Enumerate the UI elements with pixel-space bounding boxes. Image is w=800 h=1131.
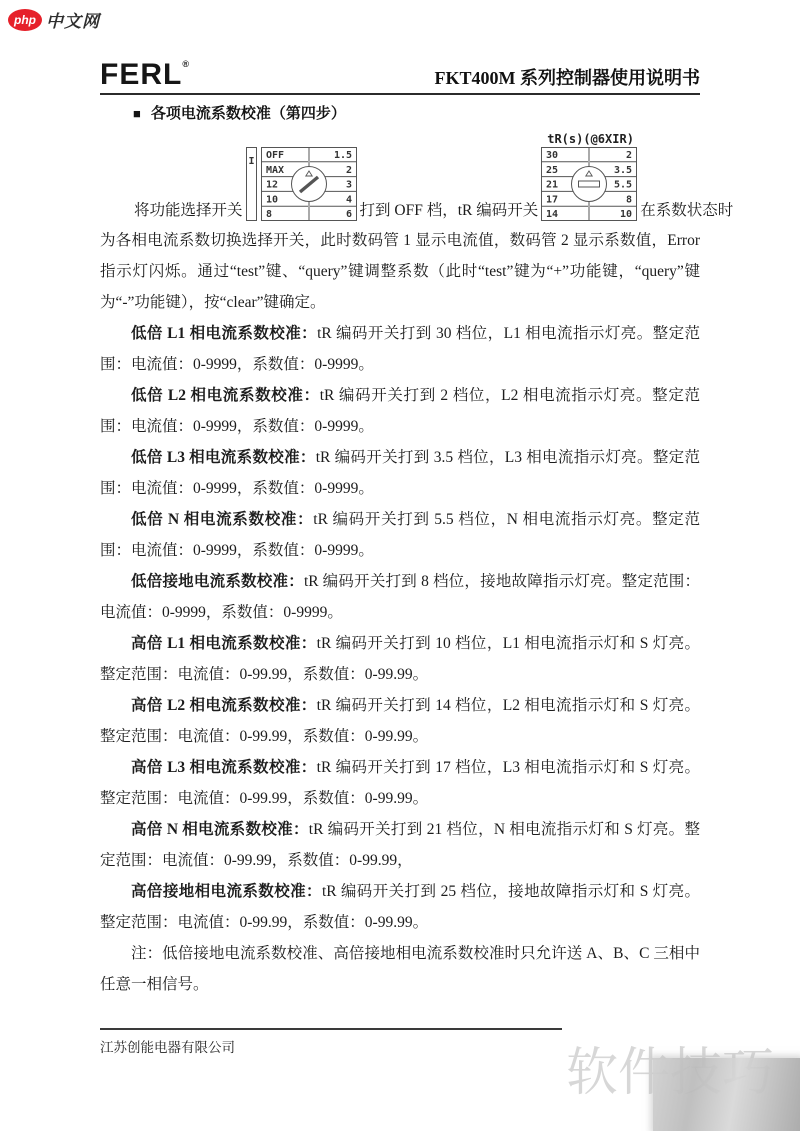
tr-switch-title: tR(s)(@6XIR) [547,132,634,146]
calibration-paragraph: 高倍接地相电流系数校准：tR 编码开关打到 25 档位，接地故障指示灯和 S 灯… [100,876,700,938]
page-footer: 江苏创能电器有限公司 [100,1028,562,1056]
intro-mid-text: 打到 OFF 档，tR 编码开关 [360,202,539,220]
intro-lead-text: 将功能选择开关 [134,202,243,220]
site-logo-text: 中文网 [46,7,100,32]
intro-continuation: 为各相电流系数切换选择开关，此时数码管 1 显示电流值，数码管 2 显示系数值，… [100,225,700,318]
svg-text:OFF: OFF [266,150,284,161]
section-heading-text: 各项电流系数校准（第四步） [151,106,346,122]
function-switch-diagram: I OFFMAX121081.52346 [246,147,357,221]
calibration-paragraph-title: 低倍 L1 相电流系数校准： [131,325,317,342]
svg-text:1.5: 1.5 [333,150,351,161]
calibration-paragraph-title: 低倍 N 相电流系数校准： [131,511,313,528]
manual-page: php 中文网 FERL® FKT400M 系列控制器使用说明书 ■各项电流系数… [0,0,800,1131]
calibration-paragraph: 低倍 L2 相电流系数校准：tR 编码开关打到 2 档位，L2 相电流指示灯亮。… [100,380,700,442]
svg-text:3.5: 3.5 [614,165,632,176]
svg-text:6: 6 [345,209,351,220]
svg-text:3: 3 [345,180,351,191]
svg-text:2: 2 [345,165,351,176]
svg-text:25: 25 [546,165,558,176]
calibration-paragraph-title: 高倍 N 相电流系数校准： [131,821,309,838]
svg-text:17: 17 [546,194,558,205]
svg-text:I: I [248,156,254,167]
calibration-paragraphs: 低倍 L1 相电流系数校准：tR 编码开关打到 30 档位，L1 相电流指示灯亮… [100,318,700,938]
brand-text: FERL [100,58,182,91]
calibration-paragraph: 高倍 L1 相电流系数校准：tR 编码开关打到 10 档位，L1 相电流指示灯和… [100,628,700,690]
svg-text:2: 2 [626,150,632,161]
intro-row: 将功能选择开关 I OFFMAX121081.52346 打到 OFF 档，tR… [100,132,700,221]
page-header: FERL® FKT400M 系列控制器使用说明书 [100,44,700,95]
calibration-paragraph: 高倍 L3 相电流系数校准：tR 编码开关打到 17 档位，L3 相电流指示灯和… [100,752,700,814]
svg-text:MAX: MAX [266,165,284,176]
svg-text:21: 21 [546,180,558,191]
calibration-paragraph-title: 低倍 L3 相电流系数校准： [131,449,316,466]
calibration-paragraph: 低倍接地电流系数校准：tR 编码开关打到 8 档位，接地故障指示灯亮。整定范围：… [100,566,700,628]
svg-text:5.5: 5.5 [614,180,632,191]
svg-text:14: 14 [546,209,558,220]
square-bullet-icon: ■ [133,106,141,121]
calibration-paragraph-title: 高倍 L2 相电流系数校准： [131,697,317,714]
svg-text:10: 10 [266,194,278,205]
calibration-paragraph-title: 高倍 L3 相电流系数校准： [131,759,317,776]
svg-text:30: 30 [546,150,558,161]
calibration-paragraph: 高倍 L2 相电流系数校准：tR 编码开关打到 14 档位，L2 相电流指示灯和… [100,690,700,752]
section-heading: ■各项电流系数校准（第四步） [133,102,346,123]
company-name: 江苏创能电器有限公司 [100,1040,235,1055]
php-logo-icon: php [8,9,42,31]
calibration-paragraph-title: 低倍 L2 相电流系数校准： [131,387,320,404]
svg-text:10: 10 [620,209,632,220]
site-logo: php 中文网 [8,7,100,32]
body-content: 将功能选择开关 I OFFMAX121081.52346 打到 OFF 档，tR… [100,132,700,1000]
trademark-symbol: ® [182,59,190,69]
calibration-paragraph-title: 高倍接地相电流系数校准： [131,883,322,900]
calibration-paragraph: 低倍 N 相电流系数校准：tR 编码开关打到 5.5 档位，N 相电流指示灯亮。… [100,504,700,566]
svg-text:8: 8 [626,194,632,205]
blurred-image-block [653,1058,800,1131]
calibration-paragraph: 低倍 L3 相电流系数校准：tR 编码开关打到 3.5 档位，L3 相电流指示灯… [100,442,700,504]
intro-tail-text: 在系数状态时 [640,202,733,220]
tr-switch-diagram: tR(s)(@6XIR) 302521171423.55.5810 [541,132,637,221]
calibration-paragraph: 高倍 N 相电流系数校准：tR 编码开关打到 21 档位，N 相电流指示灯和 S… [100,814,700,876]
note-paragraph: 注：低倍接地电流系数校准、高倍接地相电流系数校准时只允许送 A、B、C 三相中任… [100,938,700,1000]
calibration-paragraph-title: 低倍接地电流系数校准： [131,573,304,590]
svg-text:8: 8 [266,209,272,220]
svg-text:12: 12 [266,180,278,191]
calibration-paragraph-title: 高倍 L1 相电流系数校准： [131,635,317,652]
document-title: FKT400M 系列控制器使用说明书 [435,64,701,90]
svg-text:4: 4 [345,194,351,205]
brand-logo: FERL® [100,60,190,90]
calibration-paragraph: 低倍 L1 相电流系数校准：tR 编码开关打到 30 档位，L1 相电流指示灯亮… [100,318,700,380]
